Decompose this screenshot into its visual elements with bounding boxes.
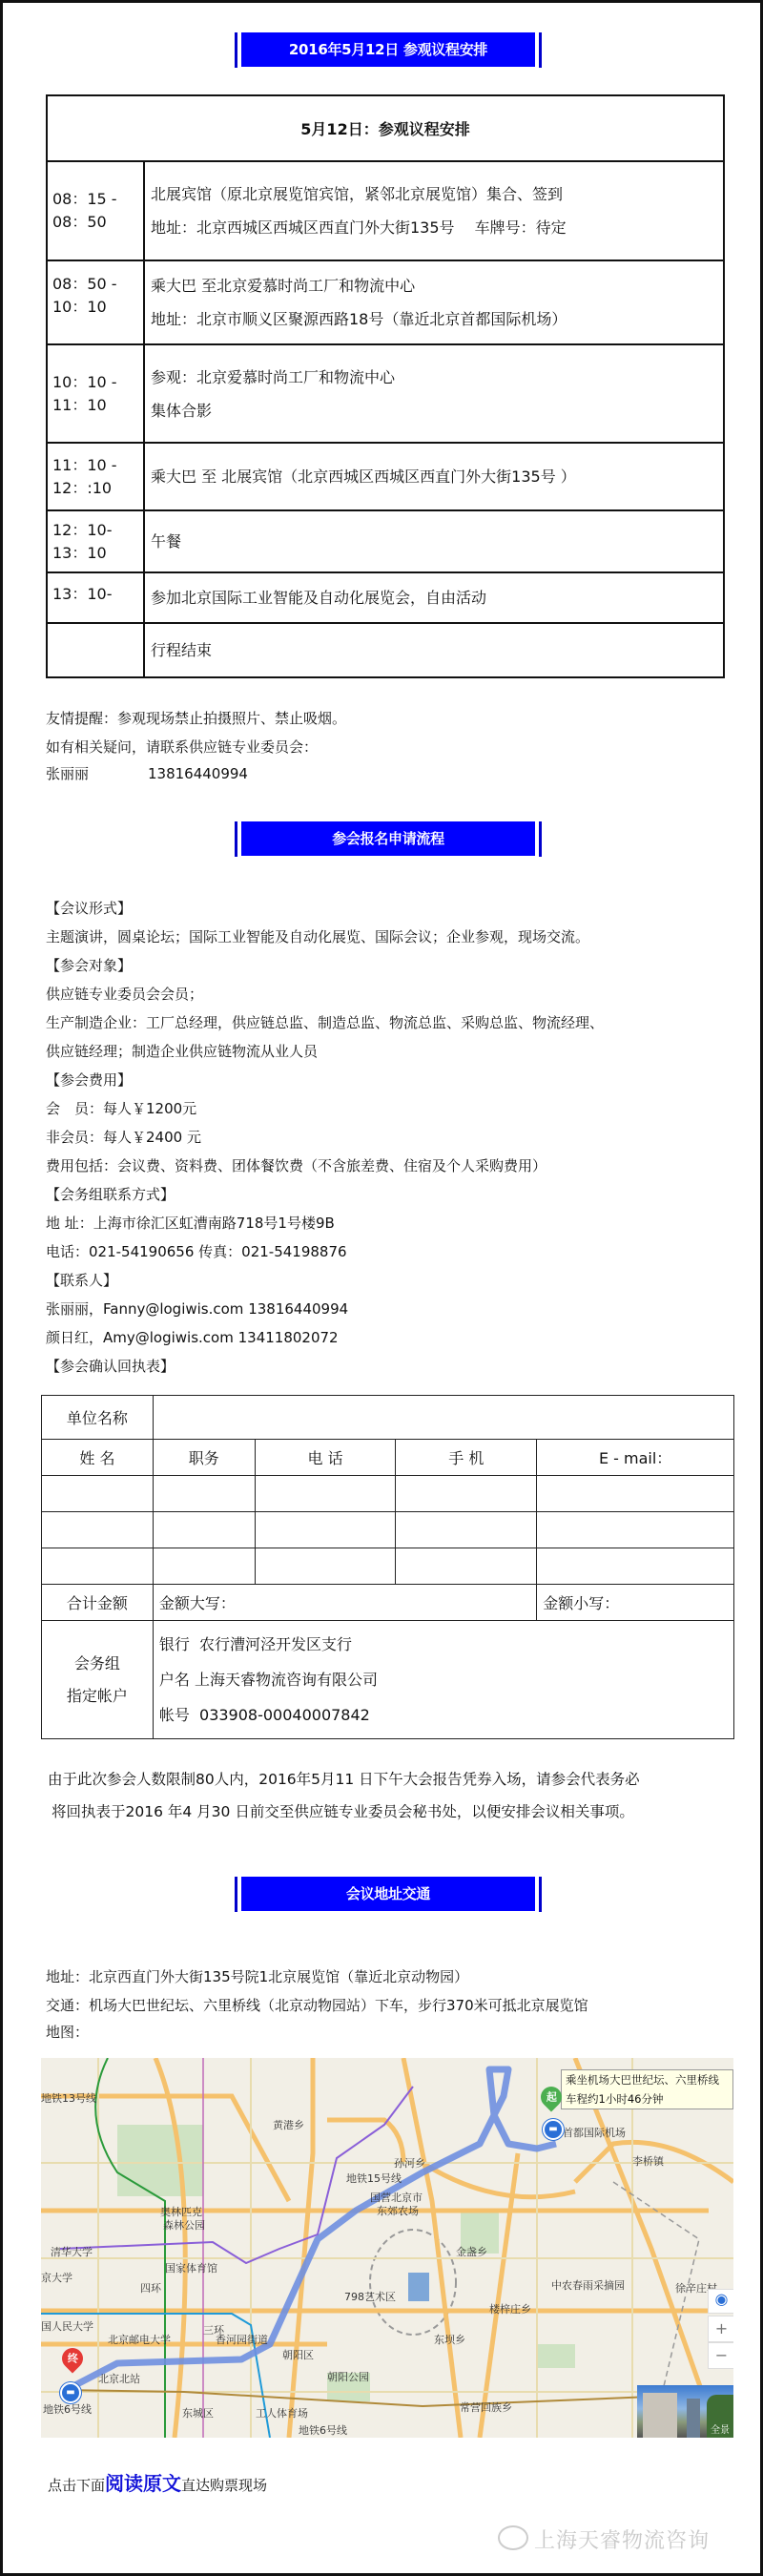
registration-form-table: 单位名称 姓 名 职务 电 话 手 机 E - mail： 合计金额 金额大写：… — [41, 1395, 734, 1739]
agenda-title: 5月12日：参观议程安排 — [300, 117, 469, 139]
entry-phone[interactable] — [255, 1548, 396, 1585]
map-place-label: 朝阳区 — [282, 2347, 314, 2362]
entry-mobile[interactable] — [396, 1548, 537, 1585]
read-more-prefix: 点击下面 — [48, 2477, 105, 2494]
map-place-label: 四环 — [140, 2280, 161, 2296]
agenda-line: 地址：北京西城区西城区西直门外大街135号 车牌号：待定 — [151, 211, 717, 244]
agenda-time: 10：10 - 11：10 — [48, 345, 145, 442]
venue-map-label: 地图： — [46, 2018, 89, 2046]
banner-title: 参会报名申请流程 — [241, 821, 535, 856]
map-place-label: 地铁15号线 — [346, 2171, 402, 2186]
bus-stop-icon[interactable]: ▬ — [60, 2382, 81, 2403]
col-header-title: 职务 — [153, 1440, 255, 1476]
col-header-mobile: 手 机 — [396, 1440, 537, 1476]
agenda-line: 午餐 — [151, 525, 717, 558]
agenda-time: 12：10- 13：10 — [48, 511, 145, 571]
account-label-line: 会务组 — [48, 1648, 147, 1680]
entry-email[interactable] — [537, 1512, 734, 1548]
map-place-label: 798艺术区 — [344, 2289, 396, 2304]
map-place-label: 中农春雨采摘园 — [551, 2277, 625, 2293]
streetview-label: 全景 — [711, 2421, 730, 2436]
entry-title[interactable] — [153, 1512, 255, 1548]
entry-name[interactable] — [42, 1512, 154, 1548]
agenda-desc: 参观：北京爱慕时尚工厂和物流中心 集体合影 — [145, 345, 723, 442]
agenda-desc: 乘大巴 至 北展宾馆（北京西城区西城区西直门外大街135号 ） — [145, 444, 723, 509]
agenda-desc: 参加北京国际工业智能及自动化展览会，自由活动 — [145, 573, 723, 622]
col-header-name: 姓 名 — [42, 1440, 154, 1476]
agenda-line: 乘大巴 至 北展宾馆（北京西城区西城区西直门外大街135号 ） — [151, 460, 717, 493]
col-header-phone: 电 话 — [255, 1440, 396, 1476]
section-heading: 【会务组联系方式】 — [46, 1180, 175, 1209]
route-map[interactable]: 地铁13号线黄港乡首都国际机场李桥镇孙河乡地铁15号线国营北京市东郊农场奥林匹克… — [41, 2058, 733, 2438]
map-place-label: 工人体育场 — [256, 2405, 308, 2420]
map-place-label: 楼梓庄乡 — [489, 2301, 531, 2316]
entry-name[interactable] — [42, 1476, 154, 1512]
form-entry-row — [42, 1476, 734, 1512]
banner-title: 会议地址交通 — [241, 1877, 535, 1911]
start-pin-label: 起 — [546, 2089, 557, 2105]
account-number-label: 帐号 — [159, 1706, 190, 1724]
fee-includes: 费用包括：会议费、资料费、团体餐饮费（不含旅差费、住宿及个人采购费用） — [46, 1152, 546, 1180]
office-address: 地 址：上海市徐汇区虹漕南路718号1号楼9B — [46, 1209, 335, 1237]
form-entry-row — [42, 1548, 734, 1585]
end-pin-label: 终 — [68, 2351, 78, 2366]
map-place-label: 清华大学 — [51, 2244, 93, 2259]
holder-label: 户名 — [159, 1671, 190, 1689]
section-banner-registration: 参会报名申请流程 — [235, 821, 542, 857]
read-more-line: 点击下面阅读原文直达购票现场 — [48, 2468, 267, 2496]
agenda-time: 11：10 - 12：:10 — [48, 444, 145, 509]
info-line: 供应链经理；制造企业供应链物流从业人员 — [46, 1037, 318, 1066]
entry-title[interactable] — [153, 1548, 255, 1585]
zoom-out-button[interactable]: − — [708, 2342, 733, 2369]
read-more-suffix: 直达购票现场 — [181, 2477, 267, 2494]
notice-text: 由于此次参会人数限制80人内，2016年5月11 日下午大会报告凭券入场，请参会… — [48, 1763, 640, 1796]
agenda-line: 地址：北京市顺义区聚源西路18号（靠近北京首都国际机场） — [151, 302, 717, 336]
route-callout: 乘坐机场大巴世纪坛、六里桥线 车程约1小时46分钟 — [561, 2069, 733, 2109]
account-details: 银行 农行漕河泾开发区支行 户名 上海天睿物流咨询有限公司 帐号 033908-… — [153, 1621, 733, 1739]
account-number-value: 033908-00040007842 — [199, 1706, 370, 1724]
map-place-label: 香河园街道 — [216, 2332, 268, 2347]
read-original-link[interactable]: 阅读原文 — [105, 2472, 181, 2495]
agenda-title-row: 5月12日：参观议程安排 — [48, 96, 723, 160]
map-place-label: 李桥镇 — [632, 2153, 664, 2169]
entry-email[interactable] — [537, 1476, 734, 1512]
agenda-line: 参观：北京爱慕时尚工厂和物流中心 — [151, 361, 717, 394]
banner-bar-left — [235, 1877, 237, 1912]
total-upper-field[interactable]: 金额大写： — [153, 1585, 536, 1621]
wechat-watermark: 上海天睿物流咨询 — [498, 2524, 710, 2554]
agenda-desc: 午餐 — [145, 511, 723, 571]
agenda-row: 08：15 - 08：50 北展宾馆（原北京展览馆宾馆，紧邻北京展览馆）集合、签… — [48, 160, 723, 260]
callout-line: 乘坐机场大巴世纪坛、六里桥线 — [566, 2070, 732, 2089]
total-lower-field[interactable]: 金额小写： — [537, 1585, 734, 1621]
agenda-row: 行程结束 — [48, 622, 723, 676]
banner-bar-right — [539, 32, 542, 68]
agenda-time — [48, 624, 145, 676]
watermark-text: 上海天睿物流咨询 — [534, 2529, 710, 2553]
section-banner-venue: 会议地址交通 — [235, 1877, 542, 1912]
agenda-line: 乘大巴 至北京爱慕时尚工厂和物流中心 — [151, 269, 717, 302]
zoom-in-button[interactable]: + — [708, 2316, 733, 2342]
agenda-row: 11：10 - 12：:10 乘大巴 至 北展宾馆（北京西城区西城区西直门外大街… — [48, 442, 723, 509]
form-entry-row — [42, 1512, 734, 1548]
info-line: 主题演讲，圆桌论坛；国际工业智能及自动化展览、国际会议；企业参观，现场交流。 — [46, 923, 589, 951]
map-place-label: 金盏乡 — [456, 2244, 487, 2259]
agenda-desc: 乘大巴 至北京爱慕时尚工厂和物流中心 地址：北京市顺义区聚源西路18号（靠近北京… — [145, 261, 723, 343]
section-heading: 【参会确认回执表】 — [46, 1352, 175, 1381]
org-name-field[interactable] — [153, 1396, 733, 1440]
notice-text: 将回执表于2016 年4 月30 日前交至供应链专业委员会秘书处，以便安排会议相… — [52, 1796, 634, 1828]
holder-value: 上海天睿物流咨询有限公司 — [195, 1671, 378, 1689]
entry-email[interactable] — [537, 1548, 734, 1585]
agenda-time: 13：10- — [48, 573, 145, 622]
agenda-table: 5月12日：参观议程安排 08：15 - 08：50 北展宾馆（原北京展览馆宾馆… — [46, 94, 725, 678]
info-line: 供应链专业委员会会员； — [46, 980, 203, 1008]
map-place-label: 京大学 — [41, 2270, 72, 2285]
agenda-line: 北展宾馆（原北京展览馆宾馆，紧邻北京展览馆）集合、签到 — [151, 177, 717, 211]
entry-mobile[interactable] — [396, 1512, 537, 1548]
banner-bar-right — [539, 1877, 542, 1912]
map-place-label: 北京北站 — [98, 2371, 140, 2386]
banner-bar-right — [539, 821, 542, 857]
map-place-label: 北京邮电大学 — [108, 2332, 171, 2347]
org-name-label: 单位名称 — [42, 1396, 154, 1440]
map-place-label: 国人民大学 — [41, 2318, 93, 2334]
section-banner-agenda: 2016年5月12日 参观议程安排 — [235, 32, 542, 68]
map-place-label: 孙河乡 — [394, 2155, 425, 2171]
map-place-label: 地铁6号线 — [43, 2401, 92, 2417]
entry-phone[interactable] — [255, 1512, 396, 1548]
account-label: 会务组 指定帐户 — [42, 1621, 154, 1739]
agenda-time: 08：50 - 10：10 — [48, 261, 145, 343]
thumb-tower — [687, 2399, 700, 2438]
entry-mobile[interactable] — [396, 1476, 537, 1512]
reminder-contact-phone: 13816440994 — [148, 759, 248, 788]
agenda-line: 集体合影 — [151, 394, 717, 427]
wechat-icon — [498, 2525, 528, 2550]
map-place-label: 地铁6号线 — [299, 2422, 347, 2438]
map-place-label: 地铁13号线 — [41, 2090, 96, 2106]
map-place-label: 常营回族乡 — [460, 2399, 512, 2415]
thumb-building — [643, 2393, 677, 2438]
account-label-line: 指定帐户 — [48, 1680, 147, 1713]
agenda-row: 10：10 - 11：10 参观：北京爱慕时尚工厂和物流中心 集体合影 — [48, 343, 723, 442]
map-place-label: 国家体育馆 — [165, 2260, 217, 2275]
form-header-row: 姓 名 职务 电 话 手 机 E - mail： — [42, 1440, 734, 1476]
agenda-desc: 北展宾馆（原北京展览馆宾馆，紧邻北京展览馆）集合、签到 地址：北京西城区西城区西… — [145, 162, 723, 260]
map-roads — [41, 2058, 733, 2438]
map-place-label: 东坝乡 — [434, 2332, 465, 2347]
holder-line: 户名 上海天睿物流咨询有限公司 — [159, 1662, 728, 1697]
section-heading: 【参会对象】 — [46, 951, 132, 980]
contact-person[interactable]: 张丽丽，Fanny@logiwis.com 13816440994 — [46, 1295, 348, 1323]
col-header-email: E - mail： — [537, 1440, 734, 1476]
form-total-row: 合计金额 金额大写： 金额小写： — [42, 1585, 734, 1621]
map-place-label: 黄港乡 — [273, 2117, 304, 2132]
callout-line: 车程约1小时46分钟 — [566, 2089, 732, 2109]
map-place-label: 森林公园 — [163, 2217, 205, 2233]
agenda-time: 08：15 - 08：50 — [48, 162, 145, 260]
fee-member: 会 员：每人￥1200元 — [46, 1094, 196, 1123]
streetview-thumbnail[interactable]: 全景 — [637, 2385, 733, 2438]
banner-bar-left — [235, 32, 237, 68]
bank-line: 银行 农行漕河泾开发区支行 — [159, 1627, 728, 1662]
reminder-text: 友情提醒：参观现场禁止拍摄照片、禁止吸烟。 — [46, 704, 346, 733]
bus-stop-icon[interactable]: ▬ — [543, 2119, 564, 2140]
map-place-label: 东城区 — [182, 2405, 214, 2420]
bank-label: 银行 — [159, 1635, 190, 1653]
banner-bar-left — [235, 821, 237, 857]
section-heading: 【参会费用】 — [46, 1066, 132, 1094]
form-account-row: 会务组 指定帐户 银行 农行漕河泾开发区支行 户名 上海天睿物流咨询有限公司 帐… — [42, 1621, 734, 1739]
agenda-line: 行程结束 — [151, 634, 717, 667]
bank-value: 农行漕河泾开发区支行 — [199, 1635, 352, 1653]
agenda-row: 13：10- 参加北京国际工业智能及自动化展览会，自由活动 — [48, 571, 723, 622]
form-org-row: 单位名称 — [42, 1396, 734, 1440]
account-line: 帐号 033908-00040007842 — [159, 1697, 728, 1733]
section-heading: 【会议形式】 — [46, 894, 132, 923]
agenda-desc: 行程结束 — [145, 624, 723, 676]
entry-name[interactable] — [42, 1548, 154, 1585]
map-place-label: 朝阳公园 — [327, 2369, 369, 2384]
contact-person[interactable]: 颜日红，Amy@logiwis.com 13411802072 — [46, 1323, 339, 1352]
venue-transport: 交通：机场大巴世纪坛、六里桥线（北京动物园站）下车，步行370米可抵北京展览馆 — [46, 1991, 588, 2020]
reminder-text: 如有相关疑问，请联系供应链专业委员会： — [46, 733, 318, 761]
locate-button[interactable]: ◉ — [708, 2289, 733, 2314]
fee-nonmember: 非会员：每人￥2400 元 — [46, 1123, 201, 1152]
banner-title: 2016年5月12日 参观议程安排 — [241, 32, 535, 67]
entry-title[interactable] — [153, 1476, 255, 1512]
agenda-row: 08：50 - 10：10 乘大巴 至北京爱慕时尚工厂和物流中心 地址：北京市顺… — [48, 260, 723, 343]
agenda-line: 参加北京国际工业智能及自动化展览会，自由活动 — [151, 581, 717, 614]
venue-address: 地址：北京西直门外大街135号院1北京展览馆（靠近北京动物园） — [46, 1963, 468, 1991]
entry-phone[interactable] — [255, 1476, 396, 1512]
reminder-contact-name: 张丽丽 — [46, 759, 89, 788]
info-line: 生产制造企业：工厂总经理，供应链总监、制造总监、物流总监、采购总监、物流经理、 — [46, 1008, 604, 1037]
section-heading: 【联系人】 — [46, 1266, 117, 1295]
agenda-row: 12：10- 13：10 午餐 — [48, 509, 723, 571]
map-place-label: 东郊农场 — [377, 2203, 419, 2218]
map-place-label: 首都国际机场 — [563, 2125, 626, 2140]
office-phone-fax: 电话：021-54190656 传真：021-54198876 — [46, 1237, 347, 1266]
total-label: 合计金额 — [42, 1585, 154, 1621]
